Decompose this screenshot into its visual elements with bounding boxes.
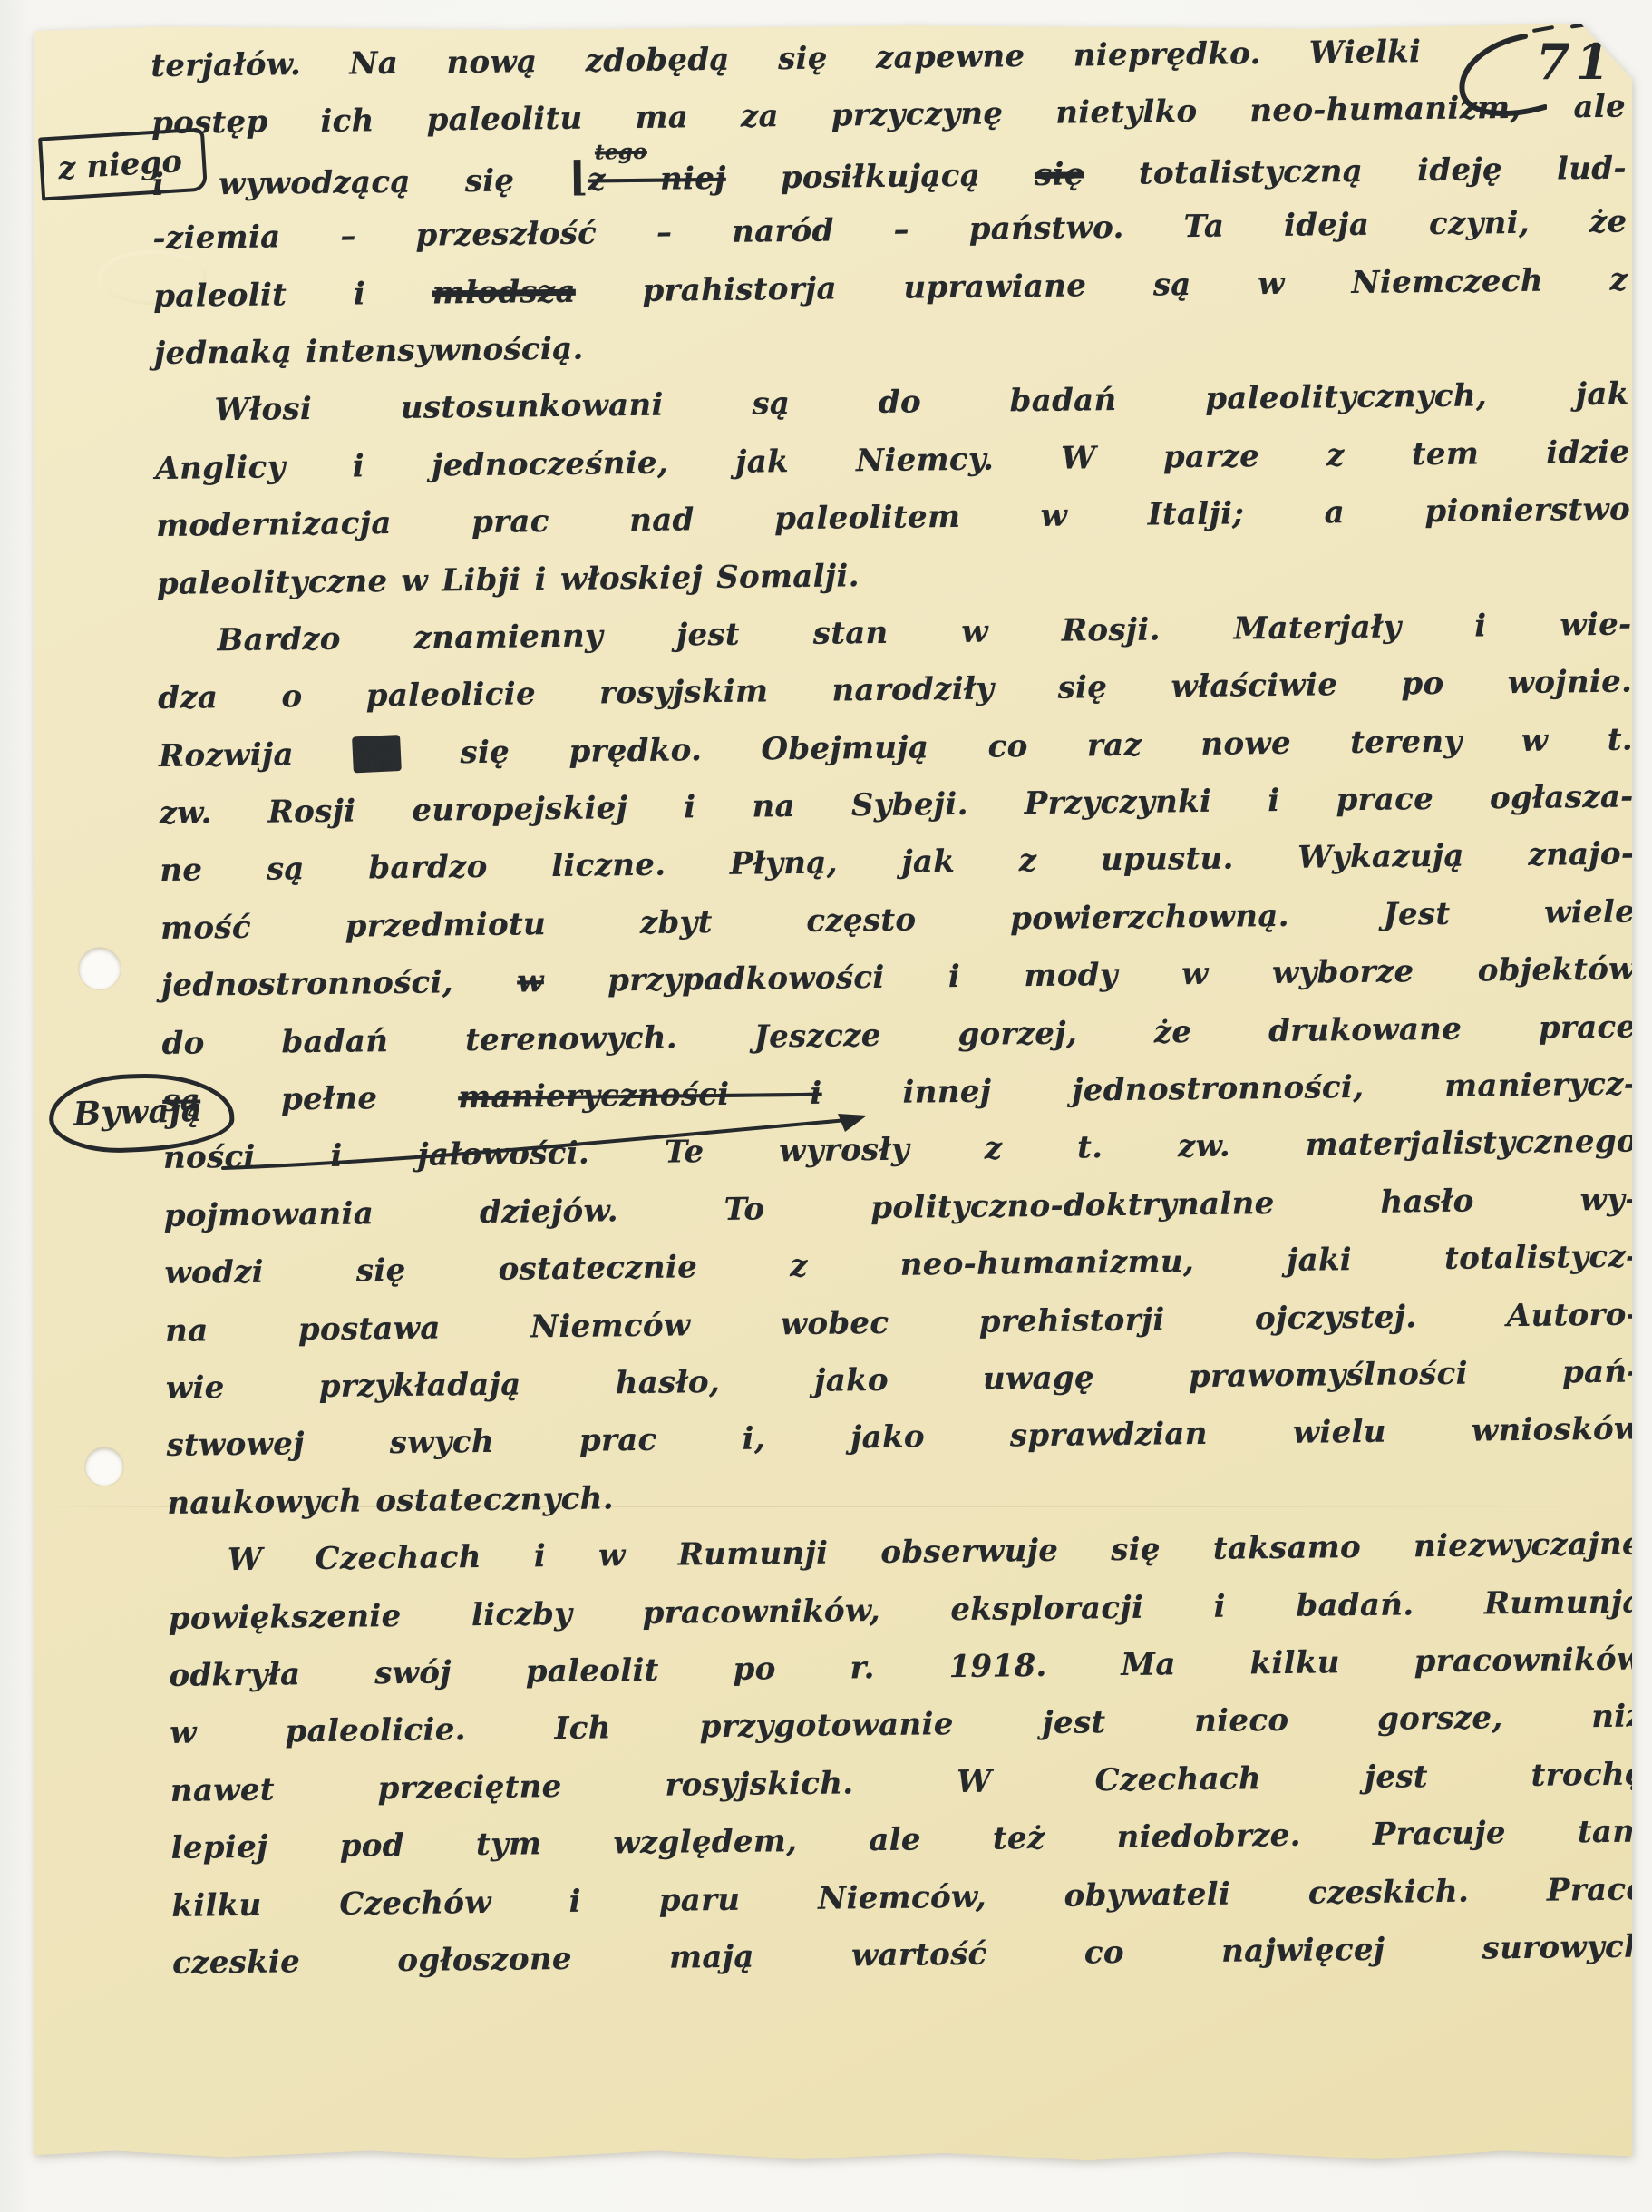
handwritten-text: na postawa Niemców wobec prehistorji ojc…	[165, 1296, 1639, 1349]
handwritten-text: kilku Czechów i paru Niemców, obywateli …	[171, 1871, 1646, 1924]
struck-text: ⌊	[568, 153, 588, 200]
handwritten-text: ności i jałowości. Te wyrosły z t. zw. m…	[163, 1124, 1637, 1176]
handwritten-text: nawet przeciętne rosyjskich. W Czechach …	[170, 1756, 1645, 1808]
handwritten-text: przypadkowości i mody w wyborze objektów	[544, 951, 1636, 1000]
handwritten-text: pojmowania dziejów. To polityczno-doktry…	[164, 1181, 1638, 1233]
handwritten-text: -ziemia – przeszłość – naród – państwo. …	[152, 204, 1627, 257]
handwritten-text: zw. Rosji europejskiej i na Sybeji. Przy…	[159, 779, 1633, 832]
scanned-document-canvas: 71 z niego Bywają terjałów. Na nową zdob…	[0, 0, 1652, 2212]
handwritten-text: odkryła swój paleolit po r. 1918. Ma kil…	[169, 1641, 1643, 1693]
handwritten-text: w paleolicie. Ich przygotowanie jest nie…	[170, 1699, 1644, 1751]
handwritten-text: modernizacja prac nad paleolitem w Italj…	[156, 492, 1630, 544]
handwritten-text: ne są bardzo liczne. Płyną, jak z upustu…	[160, 836, 1634, 889]
paper-sheet-wrap: 71 z niego Bywają terjałów. Na nową zdob…	[34, 24, 1632, 2166]
handwritten-text: prahistorja uprawiane są w Niemczech z	[576, 261, 1628, 309]
struck-text: z niejtego	[588, 161, 726, 199]
hole-punch	[85, 1447, 123, 1486]
handwritten-text: stwowej swych prac i, jako sprawdzian wi…	[166, 1411, 1640, 1464]
struck-text: manieryczności i	[458, 1076, 822, 1116]
handwritten-text: posiłkującą	[726, 157, 1035, 197]
handwritten-text: do badań terenowych. Jeszcze gorzej, że …	[161, 1009, 1636, 1061]
struck-text: młodsza	[432, 273, 576, 311]
handwritten-text: pełne	[200, 1079, 459, 1118]
handwritten-text: i wywodzącą się	[152, 162, 569, 203]
struck-text: ją	[352, 735, 402, 773]
handwritten-text: mość przedmiotu zbyt często powierzchown…	[160, 893, 1635, 946]
handwritten-text: lepiej pod tym względem, ale też niedobr…	[170, 1814, 1645, 1866]
handwritten-text: naukowych ostatecznych.	[167, 1480, 614, 1522]
handwritten-text: terjałów. Na nową zdobędą się zapewne ni…	[151, 34, 1421, 84]
handwritten-text: innej jednostronności, manierycz-	[821, 1067, 1637, 1112]
handwritten-text: Rozwija	[159, 736, 354, 774]
handwritten-text: jednaką intensywnością.	[154, 331, 584, 372]
handwritten-text: Bardzo znamienny jest stan w Rosji. Mate…	[217, 606, 1631, 658]
handwritten-text: Włosi ustosunkowani są do badań paleolit…	[214, 376, 1628, 429]
handwritten-text: dza o paleolicie rosyjskim narodziły się…	[158, 664, 1632, 716]
handwritten-text: jednostronności,	[161, 964, 518, 1004]
handwritten-text: paleolit i	[153, 275, 432, 314]
struck-text: są	[162, 1082, 200, 1118]
handwritten-text: wodzi się ostatecznie z neo-humanizmu, j…	[164, 1239, 1638, 1291]
handwritten-text: wie przykładają hasło, jako uwagę prawom…	[166, 1353, 1640, 1406]
handwritten-text: paleolityczne w Libji i włoskiej Somalji…	[157, 558, 860, 602]
inserted-word-struck: tego	[595, 141, 647, 163]
handwritten-text: czeskie ogłoszone mają wartość co najwię…	[172, 1928, 1647, 1981]
handwritten-text: Anglicy i jednocześnie, jak Niemcy. W pa…	[155, 434, 1629, 486]
handwritten-text: postęp ich paleolitu ma za przyczynę nie…	[151, 89, 1626, 141]
struck-text: w	[517, 963, 544, 999]
handwritten-text: powiększenie liczby pracowników, eksplor…	[169, 1583, 1643, 1636]
paper-sheet: 71 z niego Bywają terjałów. Na nową zdob…	[34, 24, 1632, 2166]
handwritten-text: się prędko. Obejmują co raz nowe tereny …	[401, 721, 1633, 771]
struck-text: się	[1035, 156, 1084, 193]
hole-punch	[79, 948, 121, 989]
handwritten-text: totalistyczną ideję lud-	[1084, 150, 1627, 192]
handwritten-text: W Czechach i w Rumunji obserwuje się tak…	[228, 1526, 1642, 1579]
text-body: terjałów. Na nową zdobędą się zapewne ni…	[151, 22, 1647, 1993]
